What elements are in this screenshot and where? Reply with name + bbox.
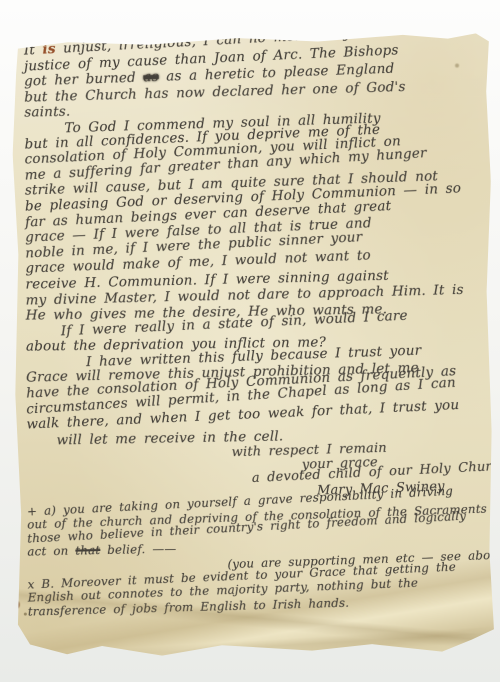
- letter-word-red: is: [42, 41, 56, 58]
- scanned-letter: It is unjust, irreligious, I can no more…: [0, 0, 500, 682]
- letter-text: act on: [27, 544, 75, 559]
- letter-text: belief. ——: [100, 542, 176, 558]
- ink-blot: [14, 601, 20, 609]
- letter-body: It is unjust, irreligious, I can no more…: [24, 40, 482, 619]
- letter-paper: It is unjust, irreligious, I can no more…: [8, 31, 494, 664]
- paper-speck: [24, 613, 27, 616]
- letter-word-scribble: as: [143, 69, 159, 86]
- letter-text: It: [23, 42, 42, 59]
- letter-word-struck: that: [75, 543, 100, 558]
